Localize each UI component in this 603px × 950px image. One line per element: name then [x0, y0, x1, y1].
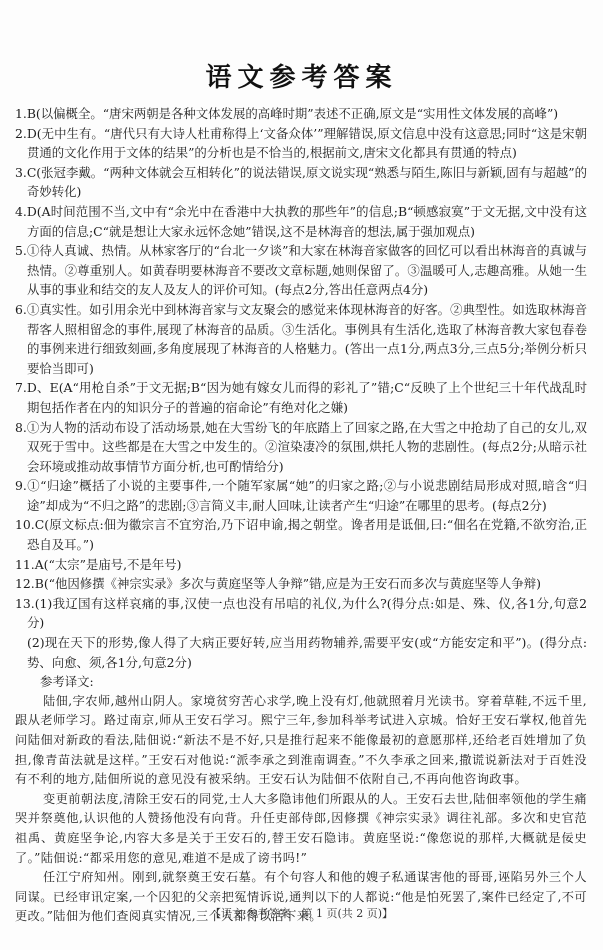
answer-text: D(A时间范围不当,文中有“余光中在香港中大执教的那些年”的信息;B“顿感寂寞”… — [27, 204, 587, 239]
page-title: 语文参考答案 — [0, 57, 603, 94]
answer-text: C(原文标点:佃为徽宗言不宜穷治,乃下诏申谕,揭之朝堂。谗者用是诋佃,曰:“佃名… — [27, 517, 587, 552]
answer-text: D、E(A“用枪自杀”于文无据;B“因为她有嫁女儿而得的彩礼了”错;C“反映了上… — [27, 380, 587, 415]
answer-item-6: 6.①真实性。如引用余光中到林海音家与文友聚会的感觉来体现林海音的好客。②典型性… — [15, 300, 587, 378]
answer-item-5: 5.①待人真诚、热情。从林家客厅的“台北一夕谈”和大家在林海音家做客的回忆可以看… — [15, 241, 587, 300]
answer-number: 12. — [15, 576, 35, 591]
answer-number: 10. — [15, 517, 35, 532]
answer-item-10: 10.C(原文标点:佃为徽宗言不宜穷治,乃下诏申谕,揭之朝堂。谗者用是诋佃,曰:… — [15, 515, 587, 554]
answer-number: 8. — [15, 420, 27, 435]
answer-text: D(无中生有。“唐代只有大诗人杜甫称得上‘文备众体’”理解错误,原文信息中没有这… — [27, 126, 587, 161]
answer-number: 11. — [15, 557, 35, 572]
answer-number: 4. — [15, 204, 27, 219]
answer-item-12: 12.B(“他因修撰《神宗实录》多次与黄庭坚等人争辩”错,应是为王安石而多次与黄… — [15, 574, 587, 594]
answer-number: 1. — [15, 106, 27, 121]
answer-number: 2. — [15, 126, 27, 141]
answer-text: A(“太宗”是庙号,不是年号) — [35, 557, 182, 572]
translation-paragraph-1: 陆佃,字农师,越州山阴人。家境贫穷苦心求学,晚上没有灯,他就照着月光读书。穿着草… — [15, 692, 587, 790]
answer-item-9: 9.①“归途”概括了小说的主要事件,一个随军家属“她”的归家之路;②与小说悲剧结… — [15, 476, 587, 515]
answer-text: B(以偏概全。“唐宋两朝是各种文体发展的高峰时期”表述不正确,原文是“实用性文体… — [27, 106, 558, 121]
answer-text: ①为人物的活动布设了活动场景,她在大雪纷飞的年底踏上了回家之路,在大雪之中抢劫了… — [27, 420, 587, 474]
answer-number: 3. — [15, 165, 27, 180]
answer-item-2: 2.D(无中生有。“唐代只有大诗人杜甫称得上‘文备众体’”理解错误,原文信息中没… — [15, 124, 587, 163]
page-footer: 【语文·参考答案 第 1 页(共 2 页)】 — [0, 905, 603, 921]
answer-text: (1)我辽国有这样哀痛的事,汉使一点也没有吊唁的礼仪,为什么?(得分点:如是、殊… — [27, 596, 587, 631]
answer-text: ①待人真诚、热情。从林家客厅的“台北一夕谈”和大家在林海音家做客的回忆可以看出林… — [27, 243, 587, 297]
translation-label: 参考译文: — [15, 672, 587, 692]
answer-item-13: 13.(1)我辽国有这样哀痛的事,汉使一点也没有吊唁的礼仪,为什么?(得分点:如… — [15, 594, 587, 633]
translation-paragraph-2: 变更前朝法度,清除王安石的同党,士人大多隐讳他们所跟从的人。王安石去世,陆佃率领… — [15, 790, 587, 868]
answer-number: 13. — [15, 596, 35, 611]
answer-item-11: 11.A(“太宗”是庙号,不是年号) — [15, 555, 587, 575]
answer-text: C(张冠李戴。“两种文体就会互相转化”的说法错误,原文说实现“熟悉与陌生,陈旧与… — [27, 165, 587, 200]
document-page: 语文参考答案 1.B(以偏概全。“唐宋两朝是各种文体发展的高峰时期”表述不正确,… — [0, 0, 603, 950]
answer-body: 1.B(以偏概全。“唐宋两朝是各种文体发展的高峰时期”表述不正确,原文是“实用性… — [15, 104, 587, 927]
answer-13-part-2: (2)现在天下的形势,像人得了大病正要好转,应当用药物辅养,需要平安(或“方能安… — [15, 633, 587, 672]
answer-number: 6. — [15, 302, 27, 317]
answer-item-4: 4.D(A时间范围不当,文中有“余光中在香港中大执教的那些年”的信息;B“顿感寂… — [15, 202, 587, 241]
answer-text: B(“他因修撰《神宗实录》多次与黄庭坚等人争辩”错,应是为王安石而多次与黄庭坚等… — [35, 576, 541, 591]
answer-number: 7. — [15, 380, 27, 395]
answer-text: ①真实性。如引用余光中到林海音家与文友聚会的感觉来体现林海音的好客。②典型性。如… — [27, 302, 587, 376]
answer-number: 9. — [15, 478, 27, 493]
answer-item-7: 7.D、E(A“用枪自杀”于文无据;B“因为她有嫁女儿而得的彩礼了”错;C“反映… — [15, 378, 587, 417]
answer-number: 5. — [15, 243, 27, 258]
answer-item-8: 8.①为人物的活动布设了活动场景,她在大雪纷飞的年底踏上了回家之路,在大雪之中抢… — [15, 418, 587, 477]
answer-text: ①“归途”概括了小说的主要事件,一个随军家属“她”的归家之路;②与小说悲剧结局形… — [27, 478, 587, 513]
answer-item-1: 1.B(以偏概全。“唐宋两朝是各种文体发展的高峰时期”表述不正确,原文是“实用性… — [15, 104, 587, 124]
answer-item-3: 3.C(张冠李戴。“两种文体就会互相转化”的说法错误,原文说实现“熟悉与陌生,陈… — [15, 163, 587, 202]
